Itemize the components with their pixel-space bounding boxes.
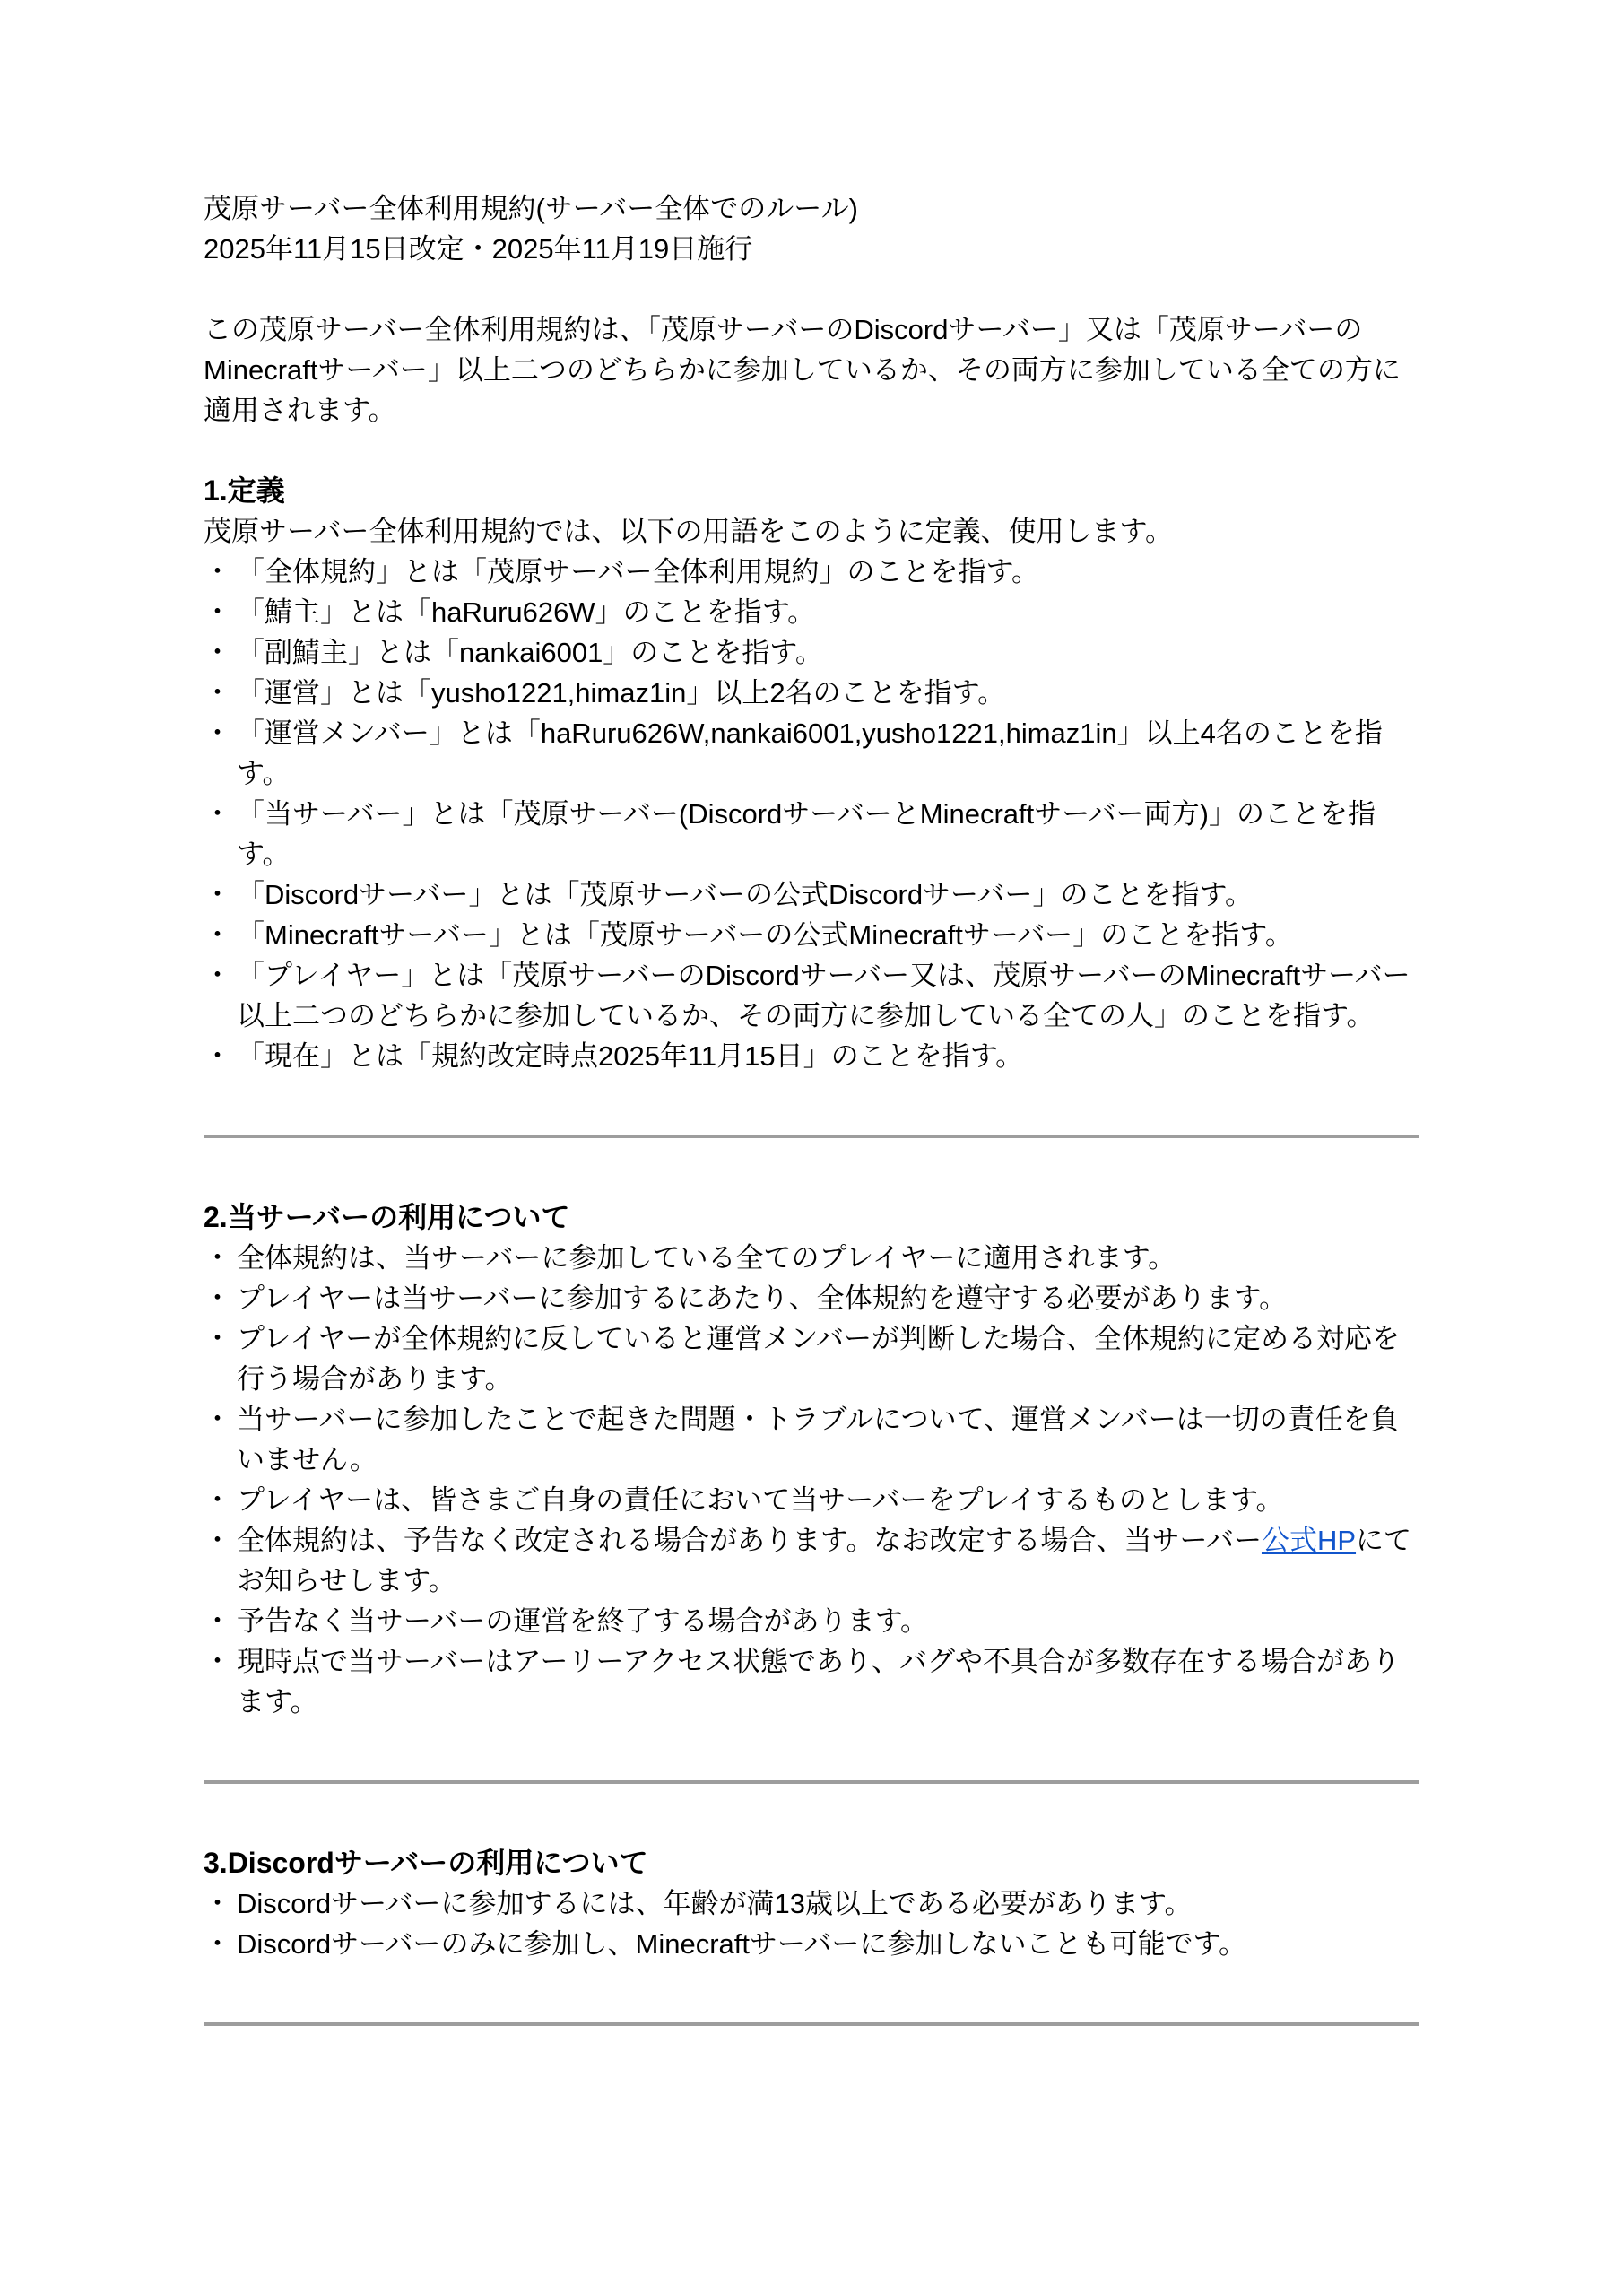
definition-item: 「現在」とは「規約改定時点2025年11月15日」のことを指す。 (204, 1036, 1426, 1076)
definition-item: 「運営」とは「yusho1221,himaz1in」以上2名のことを指す。 (204, 673, 1426, 713)
section-divider (204, 2005, 1426, 2045)
official-hp-link[interactable]: 公式HP (1262, 1525, 1356, 1556)
rule-item-with-link: 全体規約は、予告なく改定される場合があります。なお改定する場合、当サーバー公式H… (204, 1520, 1426, 1601)
divider-line (204, 1780, 1419, 1784)
section-1-lead: 茂原サーバー全体利用規約では、以下の用語をこのように定義、使用します。 (204, 511, 1426, 552)
rule-item: プレイヤーは当サーバーに参加するにあたり、全体規約を遵守する必要があります。 (204, 1278, 1426, 1318)
divider-line (204, 1135, 1419, 1138)
server-usage-list: 全体規約は、当サーバーに参加している全てのプレイヤーに適用されます。 プレイヤー… (204, 1238, 1426, 1722)
divider-line (204, 2022, 1419, 2026)
rule-item: 現時点で当サーバーはアーリーアクセス状態であり、バグや不具合が多数存在する場合が… (204, 1641, 1426, 1722)
section-divider (204, 1117, 1426, 1157)
definition-item: 「Minecraftサーバー」とは「茂原サーバーの公式Minecraftサーバー… (204, 915, 1426, 955)
doc-revision-date: 2025年11月15日改定・2025年11月19日施行 (204, 229, 1426, 269)
rule-item: Discordサーバーのみに参加し、Minecraftサーバーに参加しないことも… (204, 1924, 1426, 1964)
section-divider (204, 1762, 1426, 1803)
definition-item: 「プレイヤー」とは「茂原サーバーのDiscordサーバー又は、茂原サーバーのMi… (204, 955, 1426, 1036)
definition-item: 「当サーバー」とは「茂原サーバー(DiscordサーバーとMinecraftサー… (204, 794, 1426, 874)
rule-item: プレイヤーが全体規約に反していると運営メンバーが判断した場合、全体規約に定める対… (204, 1318, 1426, 1399)
document-page: 茂原サーバー全体利用規約(サーバー全体でのルール) 2025年11月15日改定・… (0, 0, 1623, 2296)
definition-item: 「副鯖主」とは「nankai6001」のことを指す。 (204, 632, 1426, 673)
discord-usage-list: Discordサーバーに参加するには、年齢が満13歳以上である必要があります。 … (204, 1883, 1426, 1964)
definition-item: 「Discordサーバー」とは「茂原サーバーの公式Discordサーバー」のこと… (204, 874, 1426, 915)
rule-item: 当サーバーに参加したことで起きた問題・トラブルについて、運営メンバーは一切の責任… (204, 1399, 1426, 1480)
definition-item: 「鯖主」とは「haRuru626W」のことを指す。 (204, 592, 1426, 632)
section-2-heading: 2.当サーバーの利用について (204, 1197, 1426, 1238)
intro-paragraph: この茂原サーバー全体利用規約は、「茂原サーバーのDiscordサーバー」又は「茂… (204, 309, 1426, 430)
rule-item: 予告なく当サーバーの運営を終了する場合があります。 (204, 1601, 1426, 1641)
definition-item: 「運営メンバー」とは「haRuru626W,nankai6001,yusho12… (204, 713, 1426, 794)
rule-item: 全体規約は、当サーバーに参加している全てのプレイヤーに適用されます。 (204, 1238, 1426, 1278)
section-3-heading: 3.Discordサーバーの利用について (204, 1843, 1426, 1883)
rule-item: Discordサーバーに参加するには、年齢が満13歳以上である必要があります。 (204, 1883, 1426, 1924)
definition-item: 「全体規約」とは「茂原サーバー全体利用規約」のことを指す。 (204, 552, 1426, 592)
doc-title: 茂原サーバー全体利用規約(サーバー全体でのルール) (204, 188, 1426, 229)
section-1-heading: 1.定義 (204, 471, 1426, 511)
definitions-list: 「全体規約」とは「茂原サーバー全体利用規約」のことを指す。 「鯖主」とは「haR… (204, 552, 1426, 1076)
rule-text-before-link: 全体規約は、予告なく改定される場合があります。なお改定する場合、当サーバー (237, 1525, 1262, 1556)
rule-item: プレイヤーは、皆さまご自身の責任において当サーバーをプレイするものとします。 (204, 1480, 1426, 1520)
